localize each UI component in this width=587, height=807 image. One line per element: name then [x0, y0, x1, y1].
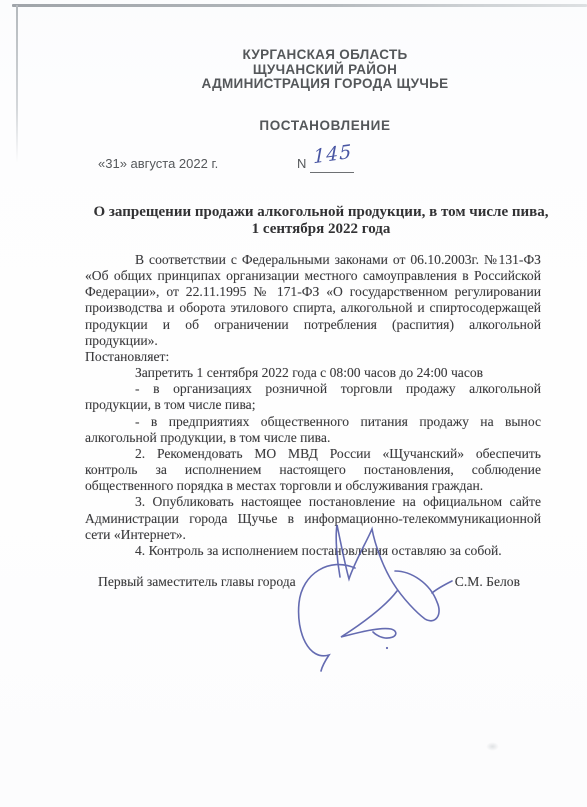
document-title-line-2: 1 сентября 2022 года — [90, 221, 552, 238]
body-line: общественного порядка в местах торговли … — [85, 478, 541, 494]
decree-subitem: - в предприятиях общественного питания п… — [85, 414, 541, 430]
document-type-heading: ПОСТАНОВЛЕНИЕ — [85, 118, 565, 133]
document-title-line-1: О запрещении продажи алкогольной продукц… — [90, 204, 552, 221]
decree-subitem-cont: алкогольной продукции, в том числе пива. — [85, 430, 541, 446]
letterhead-authority: АДМИНИСТРАЦИЯ ГОРОДА ЩУЧЬЕ — [85, 77, 565, 92]
decree-item-1: Запретить 1 сентября 2022 года с 08:00 ч… — [85, 365, 541, 381]
body-line: продукции». — [85, 333, 541, 349]
decree-subitem-cont: продукции, в том числе пива; — [85, 397, 541, 413]
decree-item-2: 2. Рекомендовать МО МВД России «Щучански… — [85, 446, 541, 462]
body-line: «Об общих принципах организации местного… — [85, 268, 541, 284]
scan-smudge — [486, 742, 499, 751]
body-line: контроль за исполнением настоящего поста… — [85, 462, 541, 478]
handwritten-signature — [285, 515, 475, 680]
document-title: О запрещении продажи алкогольной продукц… — [90, 204, 552, 238]
signature-stroke-spikes — [336, 525, 439, 621]
signatory-position: Первый заместитель главы города — [98, 574, 296, 590]
signature-stroke-loop — [299, 565, 355, 671]
letterhead-district: ЩУЧАНСКИЙ РАЙОН — [85, 63, 565, 78]
signature-ink-dot — [386, 647, 388, 649]
body-line: Федерации», от 22.11.1995 № 171-ФЗ «О го… — [85, 284, 541, 300]
document-number-underline — [310, 172, 354, 173]
decree-subitem: - в организациях розничной торговли прод… — [85, 381, 541, 397]
scan-edge-top — [12, 4, 587, 7]
signature-stroke-zigzag — [341, 591, 397, 638]
body-line: продукции и об ограничении потребления (… — [85, 317, 541, 333]
document-number-label: N — [297, 156, 306, 171]
scan-edge-left — [16, 5, 18, 163]
signature-stroke-dash — [432, 581, 452, 593]
document-date: «31» августа 2022 г. — [98, 156, 218, 171]
body-line: производства и оборота этилового спирта,… — [85, 300, 541, 316]
handwritten-document-number: 145 — [313, 138, 372, 169]
body-line: В соответствии с Федеральными законами о… — [85, 252, 541, 268]
decree-item-3: 3. Опубликовать настоящее постановление … — [85, 494, 541, 510]
document-body: В соответствии с Федеральными законами о… — [85, 252, 541, 559]
scanned-document-page: КУРГАНСКАЯ ОБЛАСТЬ ЩУЧАНСКИЙ РАЙОН АДМИН… — [0, 0, 587, 807]
letterhead: КУРГАНСКАЯ ОБЛАСТЬ ЩУЧАНСКИЙ РАЙОН АДМИН… — [85, 48, 565, 92]
letterhead-region: КУРГАНСКАЯ ОБЛАСТЬ — [85, 48, 565, 63]
resolution-clause: Постановляет: — [85, 349, 541, 365]
